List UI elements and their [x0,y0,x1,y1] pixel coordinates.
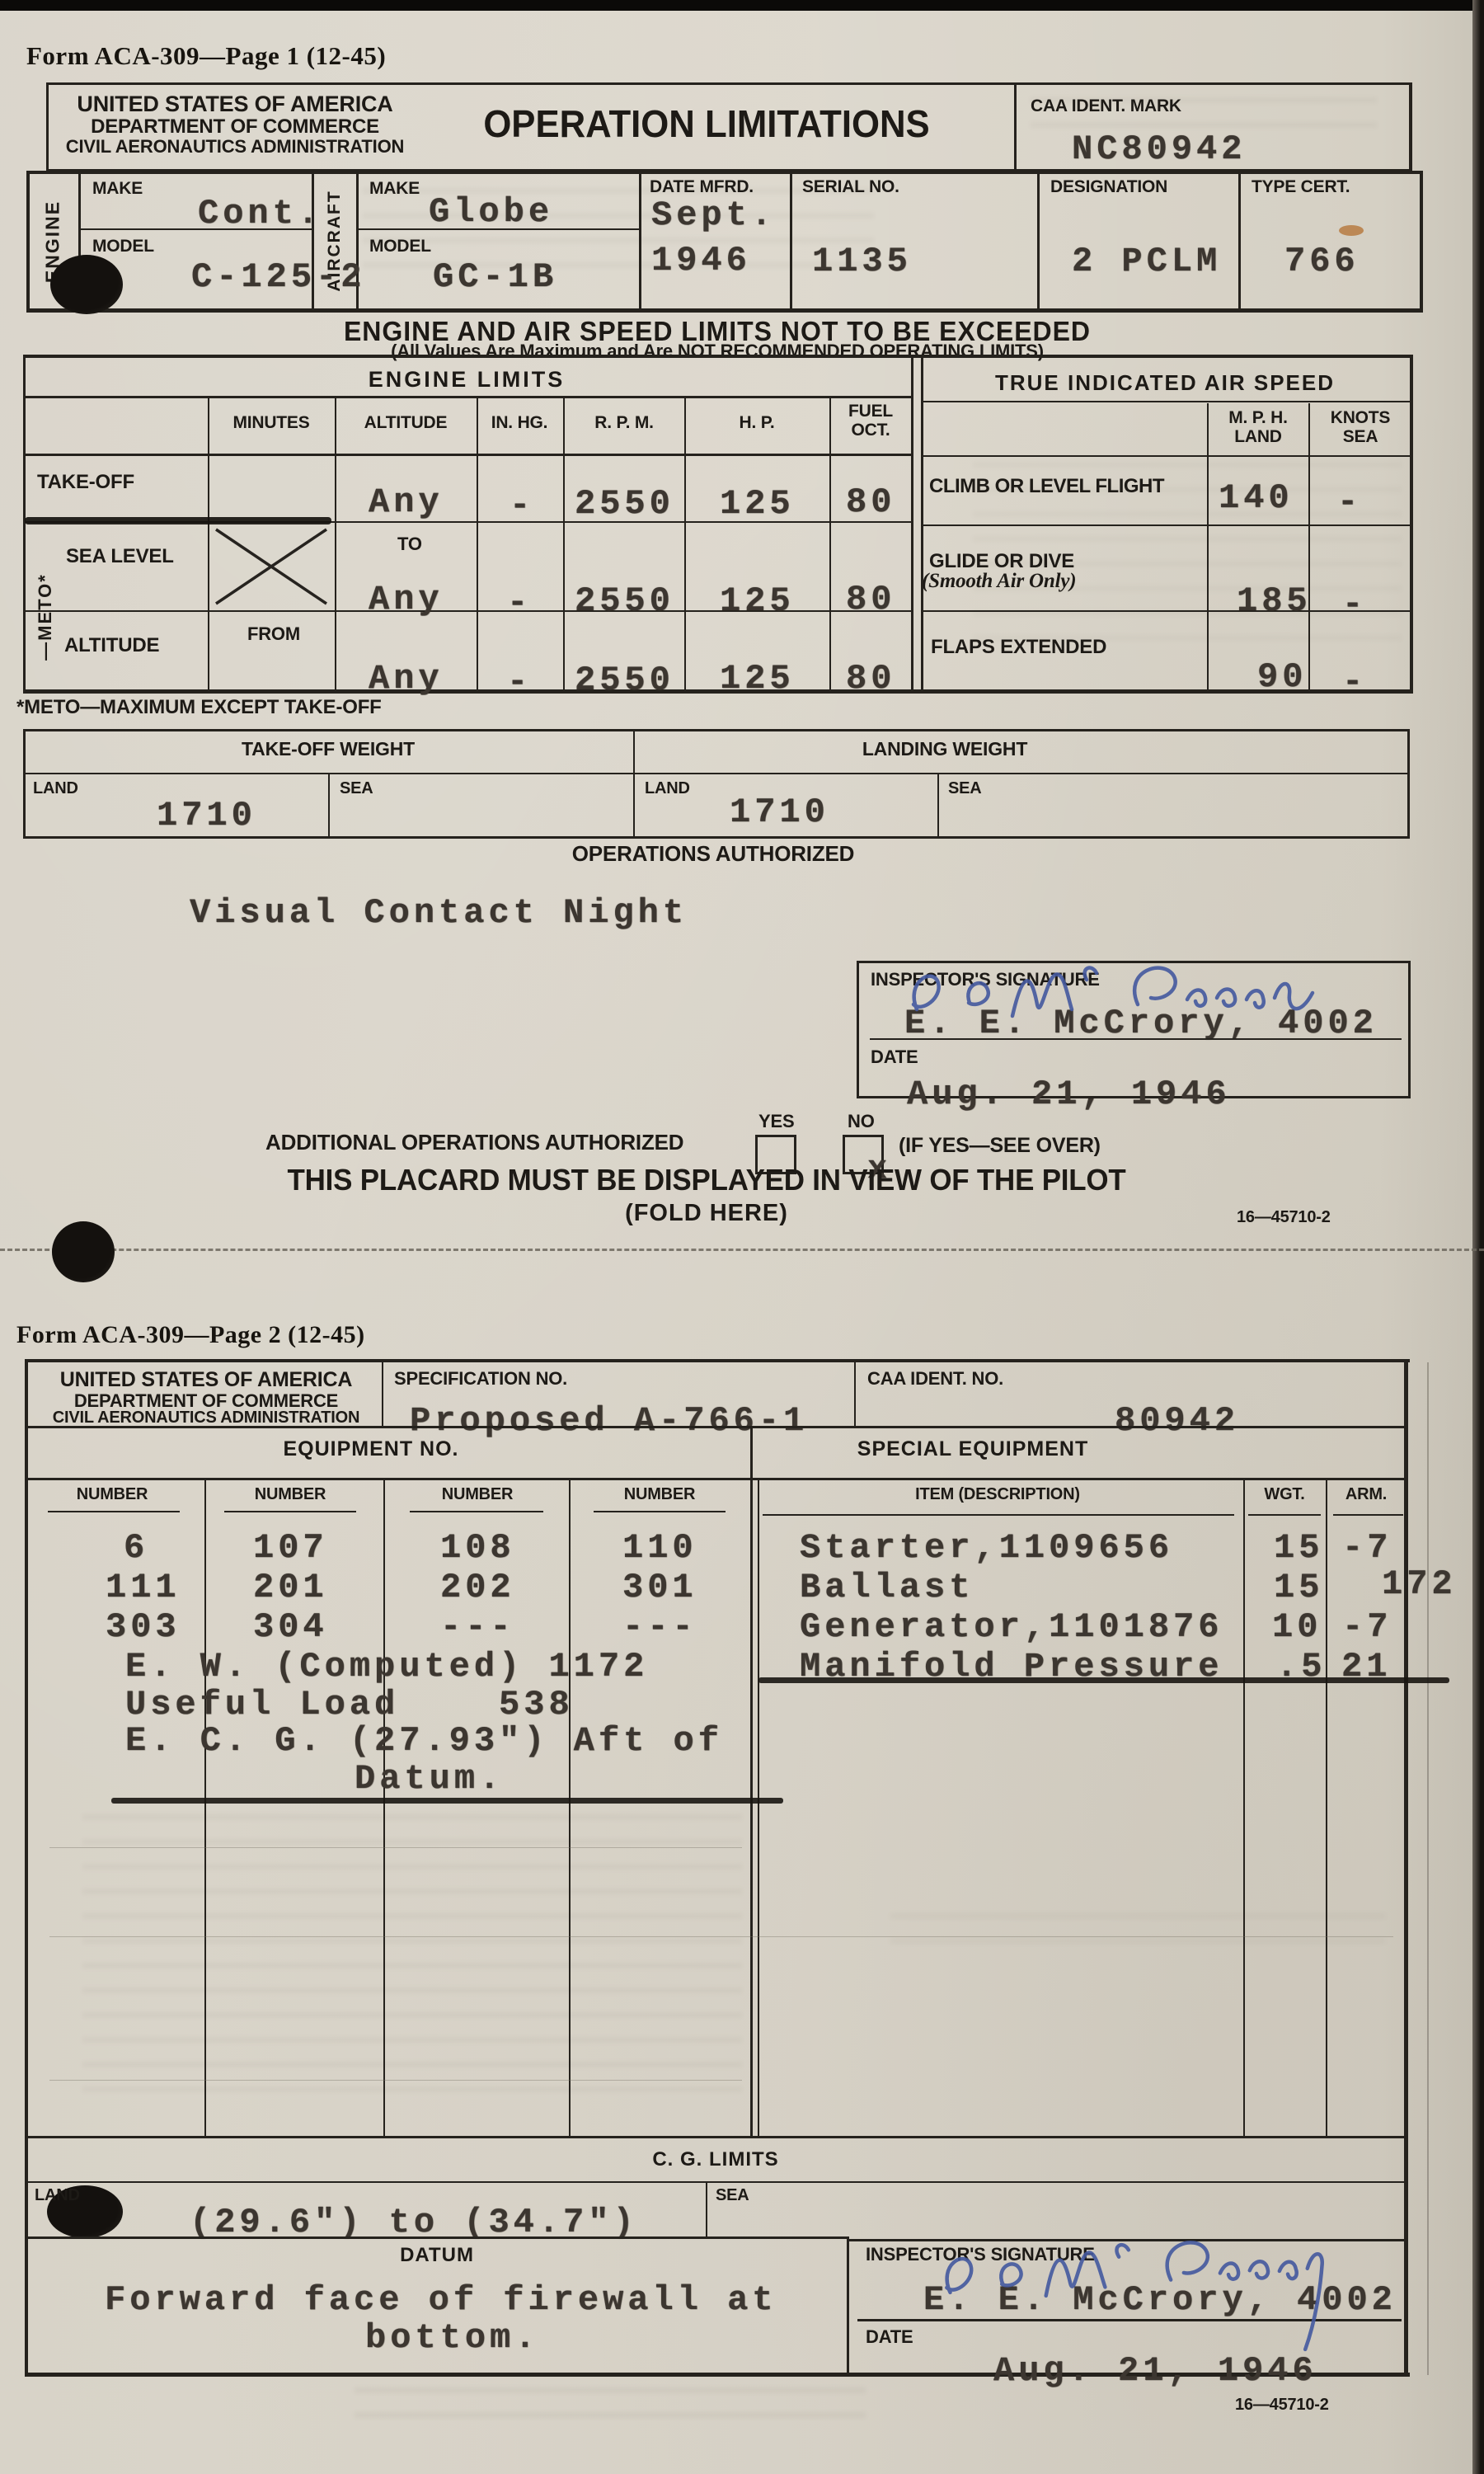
table-border [23,689,1412,694]
bleedthrough-smudge [82,1814,742,2111]
special-equipment-item: Ballast [800,1570,974,1606]
item-col-header: ITEM (DESCRIPTION) [915,1486,1080,1503]
air-speed-title: TRUE INDICATED AIR SPEED [995,372,1335,394]
empty-weight-line: E. W. (Computed) 1172 [125,1649,648,1686]
landing-land-label: LAND [645,780,690,797]
table-border [23,454,911,456]
bleedthrough-line [49,1936,1393,1937]
col-altitude: ALTITUDE [364,414,448,432]
datum-word-line: Datum. [355,1761,504,1798]
table-border [26,171,30,313]
special-equipment-item: Generator,1101876 [800,1610,1223,1646]
agency-line3: CIVIL AERONAUTICS ADMINISTRATION [53,1409,360,1427]
table-border [23,396,911,398]
designation-value: 2 PCLM [1072,244,1221,280]
meto-alt-fuel: 80 [846,661,895,698]
table-border [921,401,1412,402]
serial-no-value: 1135 [812,244,912,280]
table-border [23,729,1410,731]
page1-doc-title: OPERATION LIMITATIONS [483,104,929,143]
number-col-header: NUMBER [624,1486,696,1503]
date-mfrd-line1: Sept. [651,198,776,234]
scanned-form-aca-309: Form ACA-309—Page 1 (12-45) UNITED STATE… [0,0,1484,2474]
engine-model-label: MODEL [92,238,154,256]
yes-label: YES [758,1112,794,1131]
equipment-number: 107 [253,1531,328,1567]
cg-limits-title: C. G. LIMITS [652,2149,778,2170]
airspeed-row3-knots: - [1342,665,1367,701]
number-col-header: NUMBER [255,1486,326,1503]
serial-no-label: SERIAL NO. [802,178,899,196]
row-sea-level-label: SEA LEVEL [66,546,174,567]
special-equipment-item: Starter,1109656 [800,1531,1173,1567]
page1-form-title: Form ACA-309—Page 1 (12-45) [26,41,386,71]
special-equipment-arm: -7 [1342,1610,1392,1646]
table-border [921,524,1412,526]
inspector-date-value: Aug. 21, 1946 [907,1077,1231,1113]
table-border [335,398,336,689]
equipment-number: 108 [440,1531,515,1567]
landing-sea-label: SEA [948,780,982,797]
equipment-number: 111 [106,1570,181,1606]
airspeed-row3-label: FLAPS EXTENDED [931,637,1106,657]
hand-drawn-rule [758,1677,1449,1683]
table-border [1238,174,1241,308]
punch-hole [52,1221,115,1282]
airspeed-row1-label: CLIMB OR LEVEL FLIGHT [929,476,1164,496]
airspeed-row2-sublabel: (Smooth Air Only) [922,571,1076,592]
landing-weight-title: LANDING WEIGHT [862,739,1027,759]
page2-form-number: 16—45710-2 [1235,2396,1329,2414]
col-rpm: R. P. M. [594,414,654,432]
table-border [48,1511,180,1512]
row-takeoff-label: TAKE-OFF [37,472,134,492]
airspeed-row2-knots: - [1342,587,1367,623]
takeoff-hp: 125 [720,487,795,523]
agency-line1: UNITED STATES OF AMERICA [77,92,392,115]
takeoff-altitude: Any [369,485,444,521]
table-border [569,1480,571,2138]
airspeed-row1-knots: - [1337,485,1362,521]
table-border [328,773,330,839]
meto-note: *METO—MAXIMUM EXCEPT TAKE-OFF [16,697,382,717]
table-border [639,174,641,308]
table-border [1243,1480,1245,2138]
col-knots-line2: SEA [1343,428,1378,446]
equipment-number: 110 [622,1531,697,1567]
row-altitude-label: ALTITUDE [64,635,159,656]
perforation-line [0,1249,1484,1251]
table-border [26,308,1423,313]
punch-hole [50,255,123,314]
airspeed-row1-mph: 140 [1219,481,1294,517]
wgt-col-header: WGT. [1264,1486,1304,1503]
takeoff-rpm: 2550 [575,487,674,523]
engine-make-value: Cont. [198,196,322,233]
number-col-header: NUMBER [77,1486,148,1503]
inspector-date-value: Aug. 21, 1946 [993,2354,1317,2390]
special-equipment-title: SPECIAL EQUIPMENT [857,1438,1088,1460]
type-cert-label: TYPE CERT. [1252,178,1350,196]
table-border [633,729,635,839]
takeoff-weight-title: TAKE-OFF WEIGHT [242,739,415,759]
page-edge-line [1427,1362,1429,2375]
equipment-number: 6 [124,1531,148,1567]
cg-land-label: LAND [35,2187,80,2204]
placard-notice: THIS PLACARD MUST BE DISPLAYED IN VIEW O… [287,1164,1125,1196]
table-border [25,1359,1410,1362]
equipment-number: 303 [106,1610,181,1646]
table-border [26,171,1423,174]
table-border [1408,961,1411,1098]
meto-alt-hp: 125 [720,661,795,698]
bleedthrough-line [49,2080,742,2081]
table-border [410,1511,543,1512]
table-border [937,773,939,839]
table-border [25,2181,1407,2183]
ink-smear [25,517,331,524]
table-border [23,355,1412,358]
table-border [594,1511,726,1512]
stain-speck [1339,225,1364,236]
takeoff-inhg: - [510,488,534,524]
aircraft-model-value: GC-1B [433,260,557,296]
table-border [750,1428,753,2138]
spec-no-value: Proposed A-766-1 [410,1404,808,1440]
table-border [1333,1514,1403,1516]
table-border [1326,1480,1327,2138]
datum-value-line1: Forward face of firewall at [105,2283,777,2319]
useful-load-line: Useful Load 538 [125,1687,574,1724]
table-border [1409,82,1412,172]
meto-sl-rpm: 2550 [575,584,674,620]
table-border [1404,1359,1408,2377]
col-fuel-line2: OCT. [851,421,890,440]
meto-sl-hp: 125 [720,584,795,620]
agency-line2: DEPARTMENT OF COMMERCE [74,1391,338,1410]
operations-authorized-label: OPERATIONS AUTHORIZED [572,843,854,865]
table-border [854,1362,856,1427]
col-minutes: MINUTES [232,414,309,432]
table-border [25,2236,849,2239]
table-border [23,355,26,694]
if-yes-note: (IF YES—SEE OVER) [899,1135,1101,1156]
meto-alt-altitude: Any [369,661,444,698]
takeoff-sea-label: SEA [340,780,373,797]
to-label: TO [397,534,422,553]
aircraft-make-value: Globe [429,195,553,231]
col-fuel-line1: FUEL [848,402,893,421]
caa-ident-no-value: 80942 [1115,1404,1239,1440]
special-equipment-wgt: 15 [1274,1531,1323,1567]
date-label: DATE [866,2327,913,2346]
aircraft-model-label: MODEL [369,238,431,256]
caa-ident-no-label: CAA IDENT. NO. [867,1369,1003,1388]
col-knots-line1: KNOTS [1331,409,1391,427]
table-border [23,773,1410,774]
equipment-number: 201 [253,1570,328,1606]
datum-label: DATUM [400,2245,474,2265]
operations-authorized-value: Visual Contact Night [190,896,688,932]
date-label: DATE [871,1047,918,1066]
arm-col-header: ARM. [1345,1486,1387,1503]
meto-alt-rpm: 2550 [575,663,674,699]
ecg-line: E. C. G. (27.93") Aft of [125,1724,723,1760]
table-border [684,398,686,689]
takeoff-weight-value: 1710 [157,798,256,835]
airspeed-row2-label: GLIDE OR DIVE [929,551,1074,571]
table-border [563,398,565,689]
meto-vertical-label: —METO* [35,573,56,661]
crossed-out-cell [208,521,335,610]
page1-form-number: 16—45710-2 [1237,1209,1331,1226]
table-border [1407,729,1410,839]
equipment-number: --- [440,1610,515,1646]
date-mfrd-label: DATE MFRD. [650,178,754,196]
bleedthrough-smudge [355,2387,866,2425]
table-border [23,836,1410,839]
date-mfrd-line2: 1946 [651,243,751,280]
table-border [477,398,478,689]
table-border [25,2136,1407,2138]
agency-line3: CIVIL AERONAUTICS ADMINISTRATION [66,137,404,156]
takeoff-fuel: 80 [846,485,895,521]
takeoff-land-label: LAND [33,780,78,797]
table-border [25,1359,28,2377]
from-label: FROM [247,624,300,643]
caa-ident-mark-label: CAA IDENT. MARK [1031,97,1181,115]
page2-form-title: Form ACA-309—Page 2 (12-45) [16,1321,365,1349]
engine-make-label: MAKE [92,180,143,198]
table-border [921,355,923,693]
inspector-signature [920,2224,1352,2330]
table-border [1308,403,1310,689]
additional-ops-label: ADDITIONAL OPERATIONS AUTHORIZED [265,1131,683,1154]
table-border [46,82,1411,85]
table-border [382,1362,383,1427]
landing-weight-value: 1710 [730,795,829,831]
table-border [758,1480,759,2138]
equipment-number: 202 [440,1570,515,1606]
col-hp: H. P. [740,414,775,432]
table-border [763,1514,1234,1516]
equipment-number: 301 [622,1570,697,1606]
scan-right-edge [1472,0,1484,2474]
special-equipment-wgt: 10 [1272,1610,1322,1646]
table-border [1207,403,1209,689]
col-in-hg: IN. HG. [491,414,548,432]
inspector-signature [889,955,1317,1046]
agency-line2: DEPARTMENT OF COMMERCE [91,116,379,137]
caa-ident-mark-value: NC80942 [1072,132,1246,168]
table-border [847,2236,849,2375]
meto-sl-fuel: 80 [846,582,895,618]
special-equipment-wgt: 15 [1274,1570,1323,1606]
table-border [204,1480,206,2138]
table-border [224,1511,356,1512]
table-border [790,174,792,308]
engine-model-value: C-125-2 [191,260,365,296]
table-border [829,398,831,689]
equipment-number: --- [622,1610,697,1646]
scan-top-edge [0,0,1484,11]
equipment-no-title: EQUIPMENT NO. [283,1438,458,1460]
table-border [1014,82,1017,172]
col-mph-line1: M. P. H. [1228,409,1288,427]
table-border [1420,171,1423,313]
equipment-number: 304 [253,1610,328,1646]
number-col-header: NUMBER [442,1486,514,1503]
table-border [46,82,49,172]
table-border [1248,1514,1321,1516]
no-label: NO [848,1112,875,1131]
col-mph-line2: LAND [1234,428,1282,446]
table-border [921,610,1412,612]
special-equipment-arm: 172 [1382,1567,1457,1603]
table-border [25,1478,1407,1480]
meto-alt-inhg: - [507,665,532,701]
table-border [25,1426,1407,1428]
airspeed-row3-mph: 90 [1257,660,1307,696]
table-border [383,1480,385,2138]
engine-limits-title: ENGINE LIMITS [369,368,566,391]
table-border [23,729,26,839]
datum-value-line2: bottom. [365,2321,539,2357]
hand-drawn-rule [111,1798,783,1804]
table-border [911,355,913,693]
bleedthrough-smudge [890,1913,1385,1963]
aircraft-make-label: MAKE [369,180,420,198]
cg-sea-label: SEA [716,2187,749,2204]
spec-no-label: SPECIFICATION NO. [394,1369,567,1388]
fold-here: (FOLD HERE) [625,1201,788,1225]
table-border [706,2181,707,2236]
meto-sl-altitude: Any [369,582,444,618]
agency-line1: UNITED STATES OF AMERICA [60,1369,352,1390]
special-equipment-arm: -7 [1342,1531,1392,1567]
airspeed-row2-mph: 185 [1237,584,1312,620]
table-border [857,961,859,1098]
designation-label: DESIGNATION [1050,178,1167,196]
bleedthrough-line [49,1847,742,1848]
meto-sl-inhg: - [507,586,532,622]
table-border [1037,174,1040,308]
table-border [921,455,1412,457]
type-cert-value: 766 [1284,244,1360,280]
